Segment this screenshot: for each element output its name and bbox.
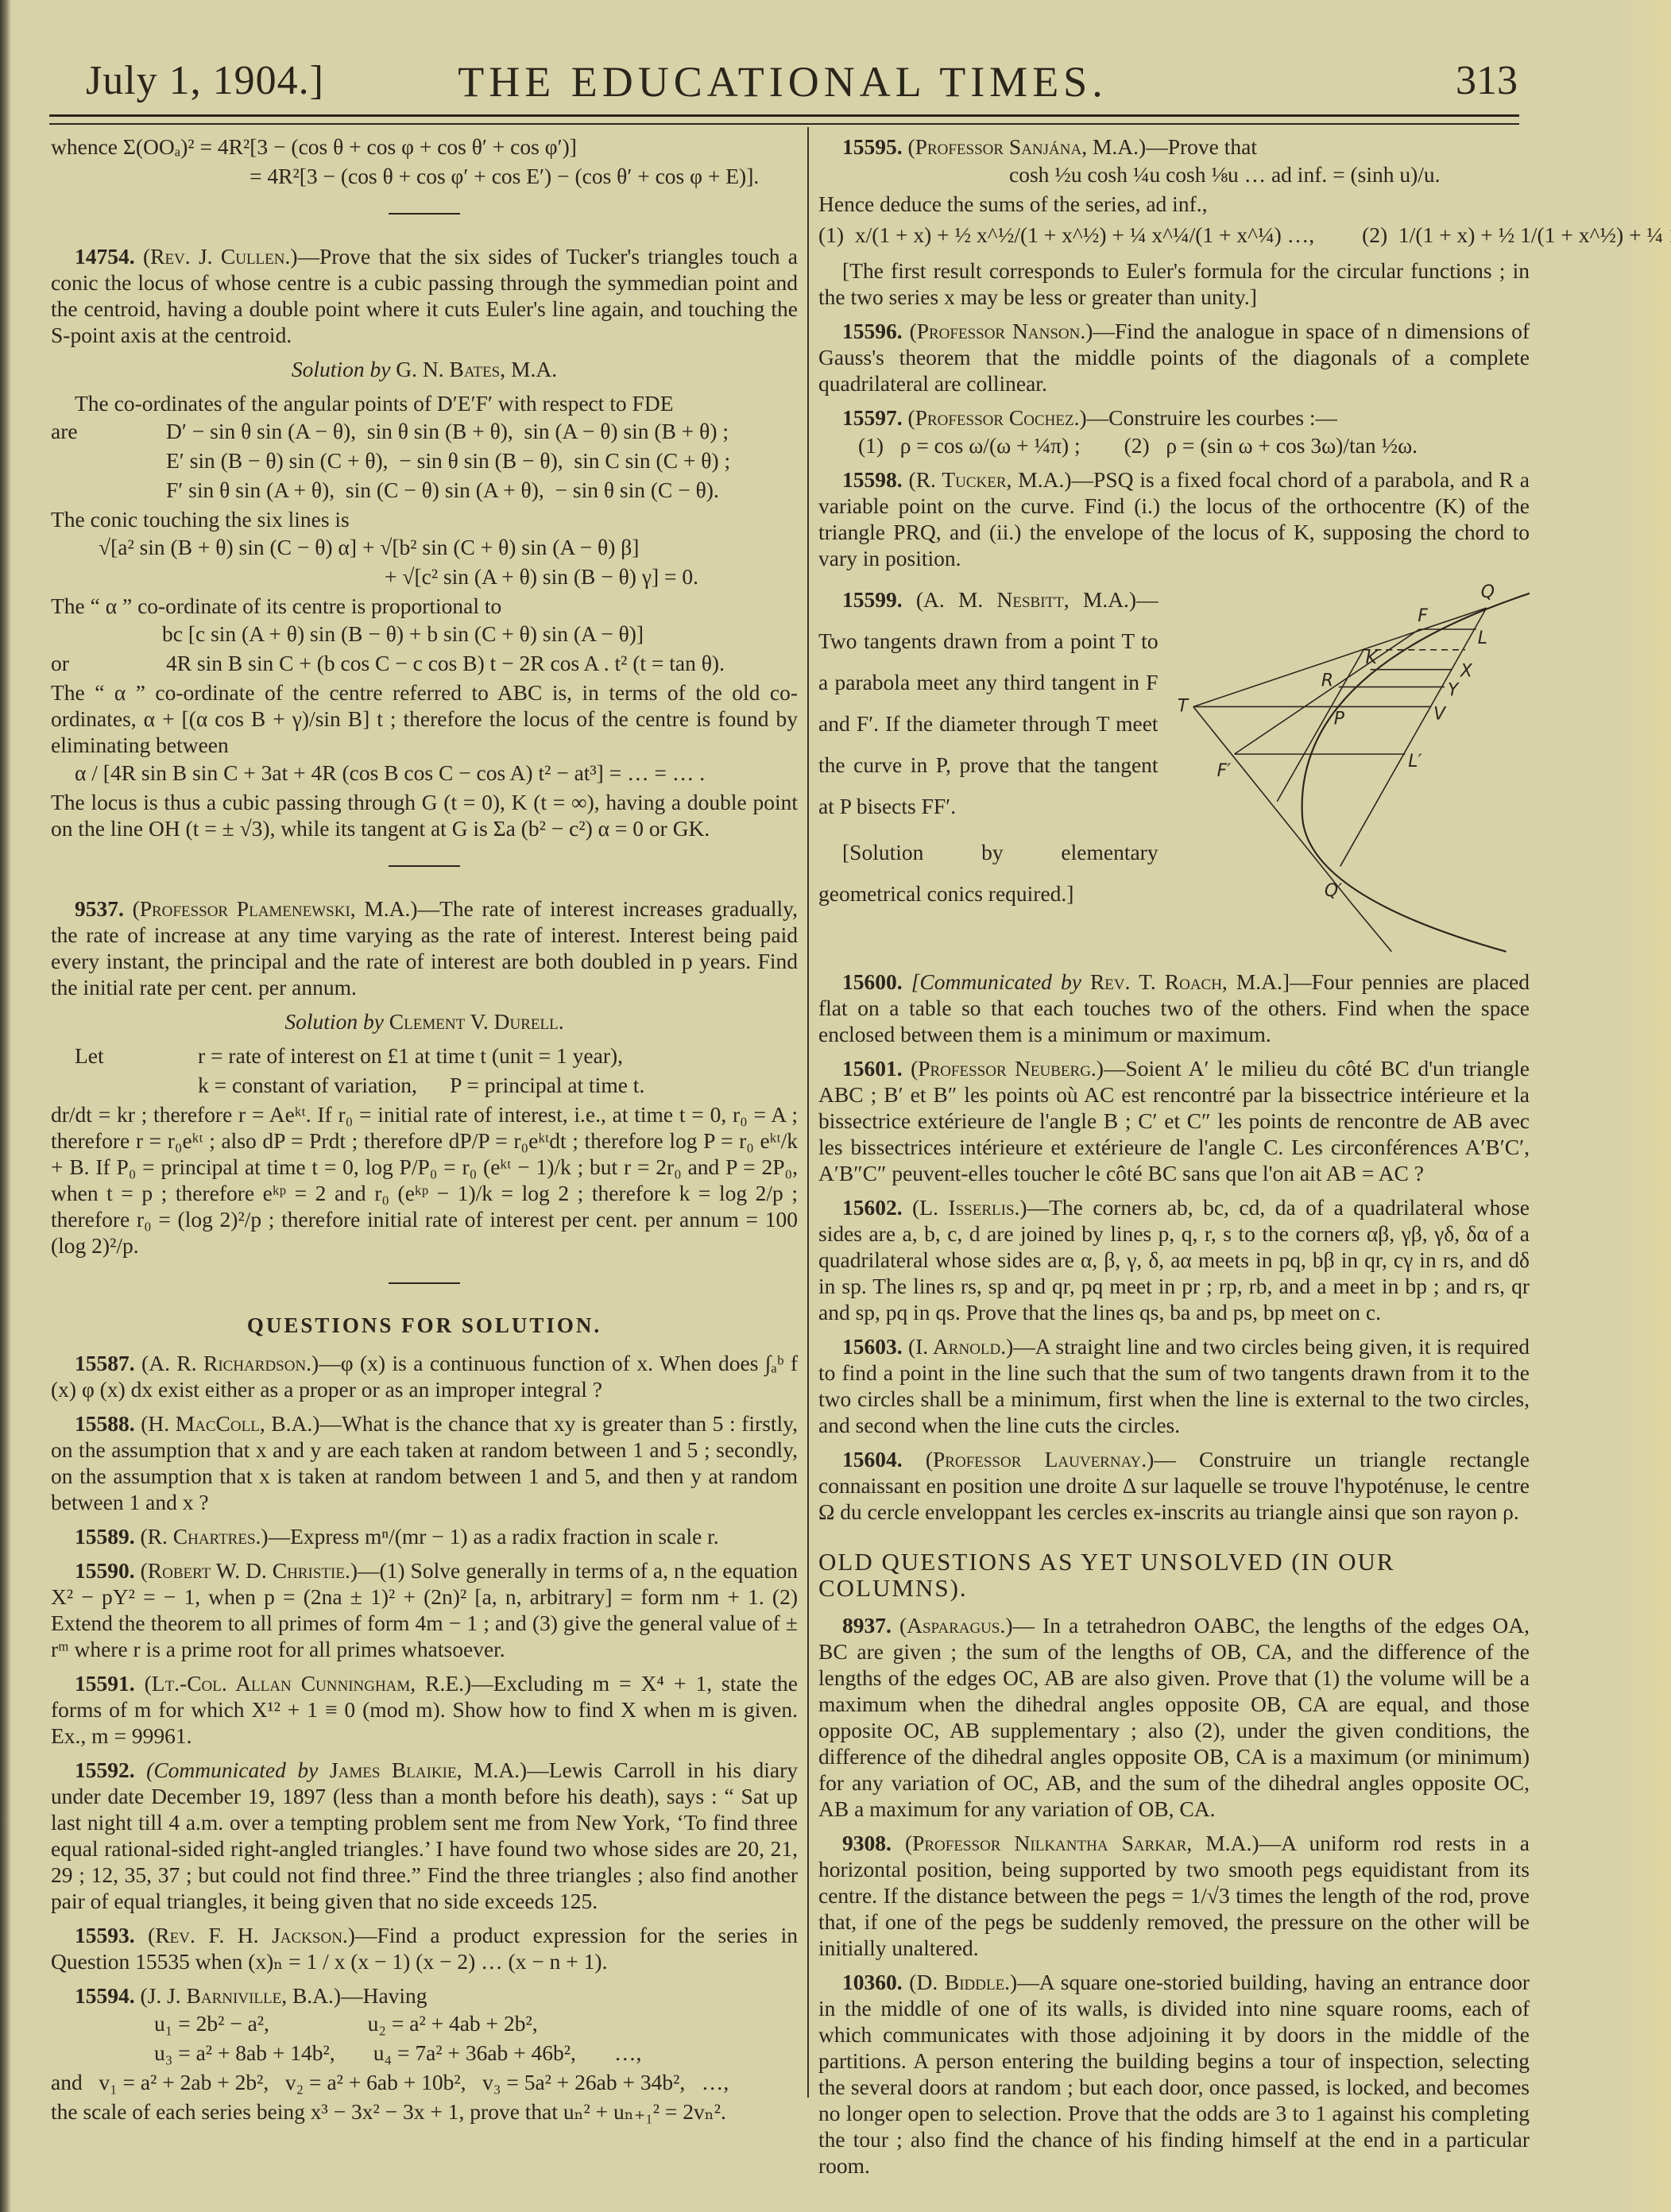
question-author: James Blaikie, M.A.) <box>330 1758 527 1782</box>
label-l-prime: L′ <box>1408 752 1422 771</box>
solution-paragraph: The “ α ” co-ordinate of the centre refe… <box>51 679 798 758</box>
question-number: 9308. <box>842 1831 892 1855</box>
page-header: July 1, 1904.] THE EDUCATIONAL TIMES. 31… <box>48 48 1518 119</box>
question-author: (A. M. Nesbitt, M.A.) <box>916 587 1136 612</box>
question-text: — In a tetrahedron OABC, the lengths of … <box>818 1613 1530 1821</box>
question-author: (L. Isserlis.) <box>912 1195 1027 1220</box>
question-text: —Express mⁿ/(mr − 1) as a radix fraction… <box>269 1524 719 1549</box>
series-1: (1) x/(1 + x) + ½ x^½/(1 + x^½) + ¼ x^¼/… <box>818 222 1314 248</box>
solution-author: G. N. Bates, M.A. <box>396 357 557 381</box>
left-column: whence Σ(OOₐ)² = 4R²[3 − (cos θ + cos φ … <box>51 133 798 2128</box>
solution-byline: Solution by Clement V. Durell. <box>51 1008 798 1034</box>
solution-paragraph: The “ α ” co-ordinate of its centre is p… <box>51 593 798 619</box>
question-author: (Professor Nilkantha Sarkar, M.A.) <box>905 1831 1259 1855</box>
question-number: 15597. <box>842 405 903 430</box>
label-q-prime: Q′ <box>1324 881 1341 901</box>
question-number: 9537. <box>75 896 124 921</box>
question-text: Hence deduce the sums of the series, ad … <box>818 191 1530 217</box>
formula-line: = 4R²[3 − (cos θ + cos φ′ + cos E′) − (c… <box>51 163 798 189</box>
question-number: 15601. <box>842 1056 903 1081</box>
question-author: (Robert W. D. Christie.) <box>141 1558 358 1583</box>
formula-line: whence Σ(OOₐ)² = 4R²[3 − (cos θ + cos φ … <box>51 133 798 160</box>
question-author: (I. Arnold.) <box>908 1334 1013 1359</box>
question-text: —Prove that <box>1146 134 1257 159</box>
question-author: (A. R. Richardson.) <box>141 1351 319 1375</box>
definition-line: r = rate of interest on £1 at time t (un… <box>198 1042 644 1069</box>
parabola-tangent-diagram: Q F L K X R Y T P V F′ L′ Q′ <box>1166 579 1530 961</box>
formula-line: bc [c sin (A + θ) sin (B − θ) + b sin (C… <box>51 621 798 647</box>
question-text: —Having <box>341 1983 427 2008</box>
definitions: r = rate of interest on £1 at time t (un… <box>198 1042 644 1101</box>
figure-text: 15599. (A. M. Nesbitt, M.A.)—Two tangent… <box>818 579 1158 961</box>
old-question-8937: 8937. (Asparagus.)— In a tetrahedron OAB… <box>818 1612 1530 1822</box>
solution-label: Solution by <box>292 357 391 381</box>
question-author: (Professor Lauvernay.) <box>926 1447 1154 1471</box>
solution-paragraph: The co-ordinates of the angular points o… <box>51 390 798 416</box>
label-l: L <box>1477 628 1487 648</box>
question-note: [Solution by elementary geometrical coni… <box>818 832 1158 915</box>
or-label: or <box>51 650 166 679</box>
question-author: (Asparagus.) <box>899 1613 1013 1638</box>
formula-line: F′ sin θ sin (A + θ), sin (C − θ) sin (A… <box>166 477 730 503</box>
column-divider <box>807 127 809 2098</box>
solution-byline: Solution by G. N. Bates, M.A. <box>51 356 798 382</box>
definitions-block: Let r = rate of interest on £1 at time t… <box>51 1042 798 1101</box>
question-number: 15594. <box>75 1983 135 2008</box>
label-x: X <box>1459 662 1472 682</box>
old-question-9308: 9308. (Professor Nilkantha Sarkar, M.A.)… <box>818 1830 1530 1961</box>
definition-line: k = constant of variation, P = principal… <box>198 1072 644 1098</box>
question-15599: 15599. (A. M. Nesbitt, M.A.)—Two tangent… <box>818 579 1530 961</box>
coordinate-lines: D′ − sin θ sin (A − θ), sin θ sin (B + θ… <box>166 418 730 506</box>
communicated-by: (Communicated by <box>146 1758 318 1782</box>
coordinate-block: are D′ − sin θ sin (A − θ), sin θ sin (B… <box>51 418 798 506</box>
question-15593: 15593. (Rev. F. H. Jackson.)—Find a prod… <box>51 1922 798 1974</box>
label-q: Q <box>1480 582 1494 602</box>
formula-line: and v₁ = a² + 2ab + 2b², v₂ = a² + 6ab +… <box>51 2069 798 2095</box>
question-text: —Two tangents drawn from a point T to a … <box>818 587 1158 818</box>
question-number: 15595. <box>842 134 903 159</box>
question-author: (H. MacColl, B.A.) <box>141 1411 319 1436</box>
journal-title: THE EDUCATIONAL TIMES. <box>48 57 1518 106</box>
formula-line: cosh ½u cosh ¼u cosh ⅛u … ad inf. = (sin… <box>818 161 1530 188</box>
formula-line: 4R sin B sin C + (b cos C − c cos B) t −… <box>166 650 725 676</box>
question-text: —A square one-storied building, having a… <box>818 1970 1530 2178</box>
question-9537: 9537. (Professor Plamenewski, M.A.)—The … <box>51 895 798 1000</box>
question-15591: 15591. (Lt.-Col. Allan Cunningham, R.E.)… <box>51 1670 798 1749</box>
question-number: 15604. <box>842 1447 903 1471</box>
question-15603: 15603. (I. Arnold.)—A straight line and … <box>818 1333 1530 1438</box>
question-author: (R. Chartres.) <box>141 1524 269 1549</box>
question-author: (Rev. J. Cullen.) <box>143 244 298 269</box>
label-f: F <box>1418 606 1428 626</box>
communicated-by: [Communicated by <box>911 969 1081 994</box>
series-2: (2) 1/(1 + x) + ½ 1/(1 + x^½) + ¼ 1/(1 +… <box>1362 222 1671 248</box>
question-author: (Rev. F. H. Jackson.) <box>148 1923 355 1947</box>
label-r: R <box>1321 671 1333 691</box>
question-15600: 15600. [Communicated by Rev. T. Roach, M… <box>818 969 1530 1047</box>
question-15587: 15587. (A. R. Richardson.)—φ (x) is a co… <box>51 1350 798 1402</box>
question-number: 15603. <box>842 1334 903 1359</box>
question-number: 15588. <box>75 1411 135 1436</box>
series-row: (1) x/(1 + x) + ½ x^½/(1 + x^½) + ¼ x^¼/… <box>818 222 1530 251</box>
question-number: 14754. <box>75 244 135 269</box>
question-number: 15590. <box>75 1558 135 1583</box>
section-separator <box>389 213 460 215</box>
question-author: (Professor Nanson.) <box>910 319 1093 343</box>
formula-line: + √[c² sin (A + θ) sin (B − θ) γ] = 0. <box>51 563 798 590</box>
formula-line: the scale of each series being x³ − 3x² … <box>51 2098 798 2125</box>
formula-line: D′ − sin θ sin (A − θ), sin θ sin (B + θ… <box>166 418 730 444</box>
question-number: 15599. <box>842 587 903 612</box>
label-v: V <box>1433 704 1447 724</box>
question-author: Rev. T. Roach, M.A.] <box>1090 969 1290 994</box>
question-number: 15591. <box>75 1671 135 1696</box>
question-note: [The first result corresponds to Euler's… <box>818 257 1530 310</box>
question-body: 15599. (A. M. Nesbitt, M.A.)—Two tangent… <box>818 579 1158 827</box>
solution-paragraph: dr/dt = kr ; therefore r = Aeᵏᵗ. If r₀ =… <box>51 1101 798 1259</box>
formula-line: (1) ρ = cos ω/(ω + ¼π) ; (2) ρ = (sin ω … <box>818 432 1530 458</box>
question-number: 15598. <box>842 467 903 492</box>
label-p: P <box>1333 709 1344 729</box>
header-rule-thin <box>49 123 1519 125</box>
label-y: Y <box>1448 681 1460 701</box>
label-f-prime: F′ <box>1217 761 1231 781</box>
question-15589: 15589. (R. Chartres.)—Express mⁿ/(mr − 1… <box>51 1523 798 1549</box>
question-number: 15589. <box>75 1524 135 1549</box>
solution-label: Solution by <box>284 1009 384 1034</box>
formula-line: E′ sin (B − θ) sin (C + θ), − sin θ sin … <box>166 447 730 474</box>
question-author: (D. Biddle.) <box>909 1970 1017 1994</box>
solution-paragraph: The locus is thus a cubic passing throug… <box>51 789 798 841</box>
question-number: 8937. <box>842 1613 892 1638</box>
question-15592: 15592. (Communicated by James Blaikie, M… <box>51 1757 798 1914</box>
formula-row: or 4R sin B sin C + (b cos C − c cos B) … <box>51 650 798 679</box>
old-question-10360: 10360. (D. Biddle.)—A square one-storied… <box>818 1969 1530 2179</box>
question-number: 15600. <box>842 969 903 994</box>
question-15596: 15596. (Professor Nanson.)—Find the anal… <box>818 318 1530 396</box>
question-number: 15596. <box>842 319 903 343</box>
are-label: are <box>51 418 166 506</box>
question-author: (R. Tucker, M.A.) <box>909 467 1072 492</box>
formula-line: √[a² sin (B + θ) sin (C − θ) α] + √[b² s… <box>51 534 798 560</box>
question-number: 15587. <box>75 1351 135 1375</box>
question-15602: 15602. (L. Isserlis.)—The corners ab, bc… <box>818 1194 1530 1325</box>
question-author: (Professor Neuberg.) <box>911 1056 1104 1081</box>
right-column: 15595. (Professor Sanjána, M.A.)—Prove t… <box>818 133 1530 2187</box>
page-number: 313 <box>1456 57 1518 104</box>
question-15598: 15598. (R. Tucker, M.A.)—PSQ is a fixed … <box>818 466 1530 571</box>
question-14754: 14754. (Rev. J. Cullen.)—Prove that the … <box>51 243 798 348</box>
label-k: K <box>1365 648 1378 668</box>
section-heading: QUESTIONS FOR SOLUTION. <box>51 1313 798 1339</box>
question-15601: 15601. (Professor Neuberg.)—Soient A′ le… <box>818 1055 1530 1186</box>
section-separator <box>389 1282 460 1284</box>
question-number: 15602. <box>842 1195 903 1220</box>
question-text: —Construire les courbes :— <box>1087 405 1337 430</box>
question-author: (Professor Sanjána, M.A.) <box>908 134 1147 159</box>
question-number: 10360. <box>842 1970 903 1994</box>
formula-line: u₁ = 2b² − a², u₂ = a² + 4ab + 2b², <box>51 2010 798 2036</box>
question-15604: 15604. (Professor Lauvernay.)— Construir… <box>818 1446 1530 1525</box>
question-author: (Professor Cochez.) <box>908 405 1087 430</box>
question-author: (J. J. Barniville, B.A.) <box>141 1983 342 2008</box>
section-separator <box>389 865 460 867</box>
question-15590: 15590. (Robert W. D. Christie.)—(1) Solv… <box>51 1557 798 1662</box>
page-right-edge <box>1623 0 1671 2212</box>
solution-paragraph: The conic touching the six lines is <box>51 506 798 532</box>
page-binding-edge <box>0 0 11 2212</box>
let-label: Let <box>51 1042 198 1101</box>
formula-line: u₃ = a² + 8ab + 14b², u₄ = 7a² + 36ab + … <box>51 2040 798 2066</box>
question-15594: 15594. (J. J. Barniville, B.A.)—Having <box>51 1982 798 2009</box>
label-t: T <box>1177 696 1189 716</box>
question-number: 15593. <box>75 1923 135 1947</box>
section-heading: OLD QUESTIONS AS YET UNSOLVED (IN OUR CO… <box>818 1549 1530 1601</box>
header-rule-thick <box>49 114 1519 117</box>
question-15588: 15588. (H. MacColl, B.A.)—What is the ch… <box>51 1410 798 1515</box>
question-15597: 15597. (Professor Cochez.)—Construire le… <box>818 404 1530 431</box>
formula-line: α / [4R sin B sin C + 3at + 4R (cos B co… <box>51 760 798 786</box>
question-number: 15592. <box>75 1758 135 1782</box>
solution-author: Clement V. Durell. <box>389 1009 564 1034</box>
question-15595: 15595. (Professor Sanjána, M.A.)—Prove t… <box>818 133 1530 160</box>
question-author: (Lt.-Col. Allan Cunningham, R.E.) <box>145 1671 472 1696</box>
question-author: (Professor Plamenewski, M.A.) <box>133 896 418 921</box>
